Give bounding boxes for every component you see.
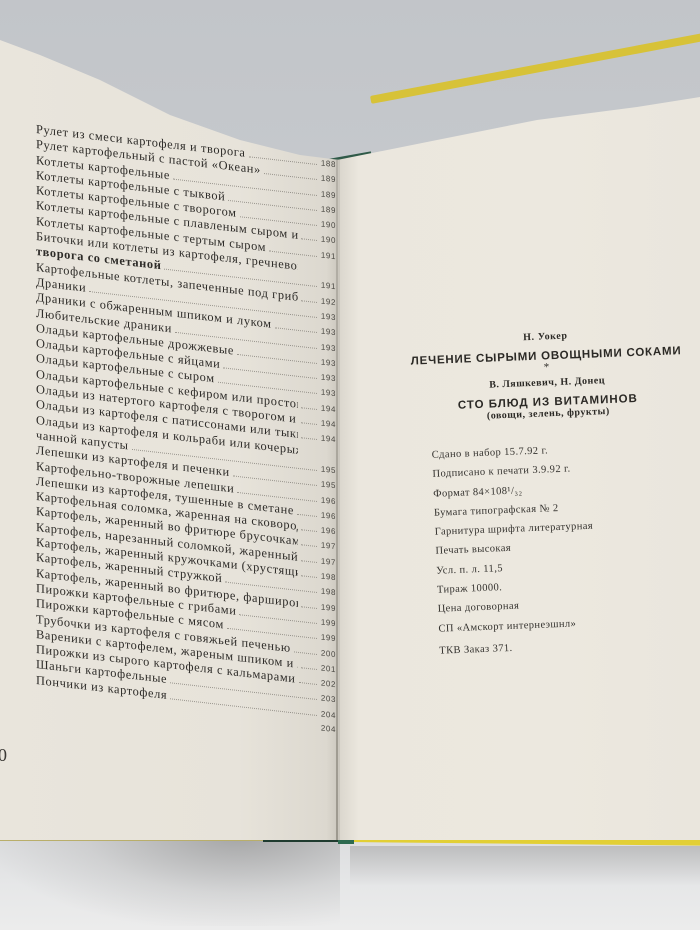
toc-entry-page: 204 bbox=[320, 720, 336, 737]
toc-entry-page: 188 bbox=[320, 155, 336, 172]
leader-dots bbox=[301, 422, 317, 425]
photo-scene: Рулет из смеси картофеля и творога188 Ру… bbox=[0, 0, 700, 930]
toc-entry-page: 198 bbox=[320, 568, 336, 585]
toc-entry-page: 198 bbox=[320, 584, 336, 601]
toc-entry-page: 193 bbox=[320, 324, 336, 341]
cover-edge-top bbox=[370, 33, 700, 104]
toc-entry-page: 199 bbox=[320, 630, 336, 647]
toc-entry-page: 195 bbox=[320, 477, 336, 494]
toc-entry-page: 193 bbox=[320, 308, 336, 325]
toc-entry-page: 199 bbox=[320, 614, 336, 631]
leader-dots bbox=[301, 407, 317, 410]
toc-entry-page: 201 bbox=[320, 660, 336, 677]
author-name: Н. Уокер bbox=[395, 326, 695, 349]
toc-entry-page: 194 bbox=[320, 431, 336, 448]
toc-entry-page: 195 bbox=[320, 461, 336, 478]
toc-entry-page: 196 bbox=[320, 522, 336, 539]
leader-dots bbox=[301, 545, 317, 548]
toc-entry-page bbox=[320, 272, 336, 274]
imprint-details: Сдано в набор 15.7.92 г. Подписано к печ… bbox=[431, 436, 700, 661]
leader-dots bbox=[301, 454, 317, 456]
toc-entry-page: 193 bbox=[320, 354, 336, 371]
toc-entry-page: 199 bbox=[320, 599, 336, 616]
leader-dots bbox=[299, 682, 318, 685]
toc-entry-page: 196 bbox=[320, 507, 336, 524]
leader-dots bbox=[301, 606, 317, 609]
leader-dots bbox=[301, 270, 317, 272]
book-shadow bbox=[0, 836, 340, 926]
leader-dots bbox=[301, 529, 317, 532]
toc-entry-page: 196 bbox=[320, 492, 336, 509]
leader-dots bbox=[301, 300, 317, 303]
toc-entry-page: 194 bbox=[320, 400, 336, 417]
toc-entry-page: 202 bbox=[320, 675, 336, 692]
table-of-contents: Рулет из смеси картофеля и творога188 Ру… bbox=[36, 122, 336, 737]
leader-dots bbox=[275, 327, 317, 333]
colophon: Н. Уокер ЛЕЧЕНИЕ СЫРЫМИ ОВОЩНЫМИ СОКАМИ … bbox=[425, 320, 700, 661]
leader-dots bbox=[297, 514, 317, 517]
leader-dots bbox=[301, 438, 317, 441]
toc-entry-page: 193 bbox=[320, 370, 336, 387]
page-number-left: 0 bbox=[0, 745, 7, 766]
toc-entry-page: 190 bbox=[320, 217, 336, 234]
leader-dots bbox=[301, 239, 317, 242]
toc-entry-page: 203 bbox=[320, 691, 336, 708]
toc-entry-page: 197 bbox=[320, 538, 336, 555]
toc-entry-page: 197 bbox=[320, 553, 336, 570]
leader-dots bbox=[301, 667, 317, 670]
toc-entry-page: 192 bbox=[320, 293, 336, 310]
toc-entry-page: 191 bbox=[320, 247, 336, 264]
toc-entry-page: 193 bbox=[320, 339, 336, 356]
toc-entry-page: 194 bbox=[320, 415, 336, 432]
toc-entry-page: 189 bbox=[320, 171, 336, 188]
toc-entry-page bbox=[320, 456, 336, 458]
leader-dots bbox=[301, 560, 317, 563]
book-shadow-right bbox=[350, 846, 700, 886]
toc-entry-page: 191 bbox=[320, 278, 336, 295]
toc-entry-page: 190 bbox=[320, 232, 336, 249]
toc-entry-page: 189 bbox=[320, 186, 336, 203]
book-gutter bbox=[336, 160, 338, 840]
leader-dots bbox=[301, 575, 317, 578]
toc-entry-page: 189 bbox=[320, 201, 336, 218]
leader-dots bbox=[294, 651, 317, 655]
toc-entry-page: 193 bbox=[320, 385, 336, 402]
toc-entry-page: 200 bbox=[320, 645, 336, 662]
